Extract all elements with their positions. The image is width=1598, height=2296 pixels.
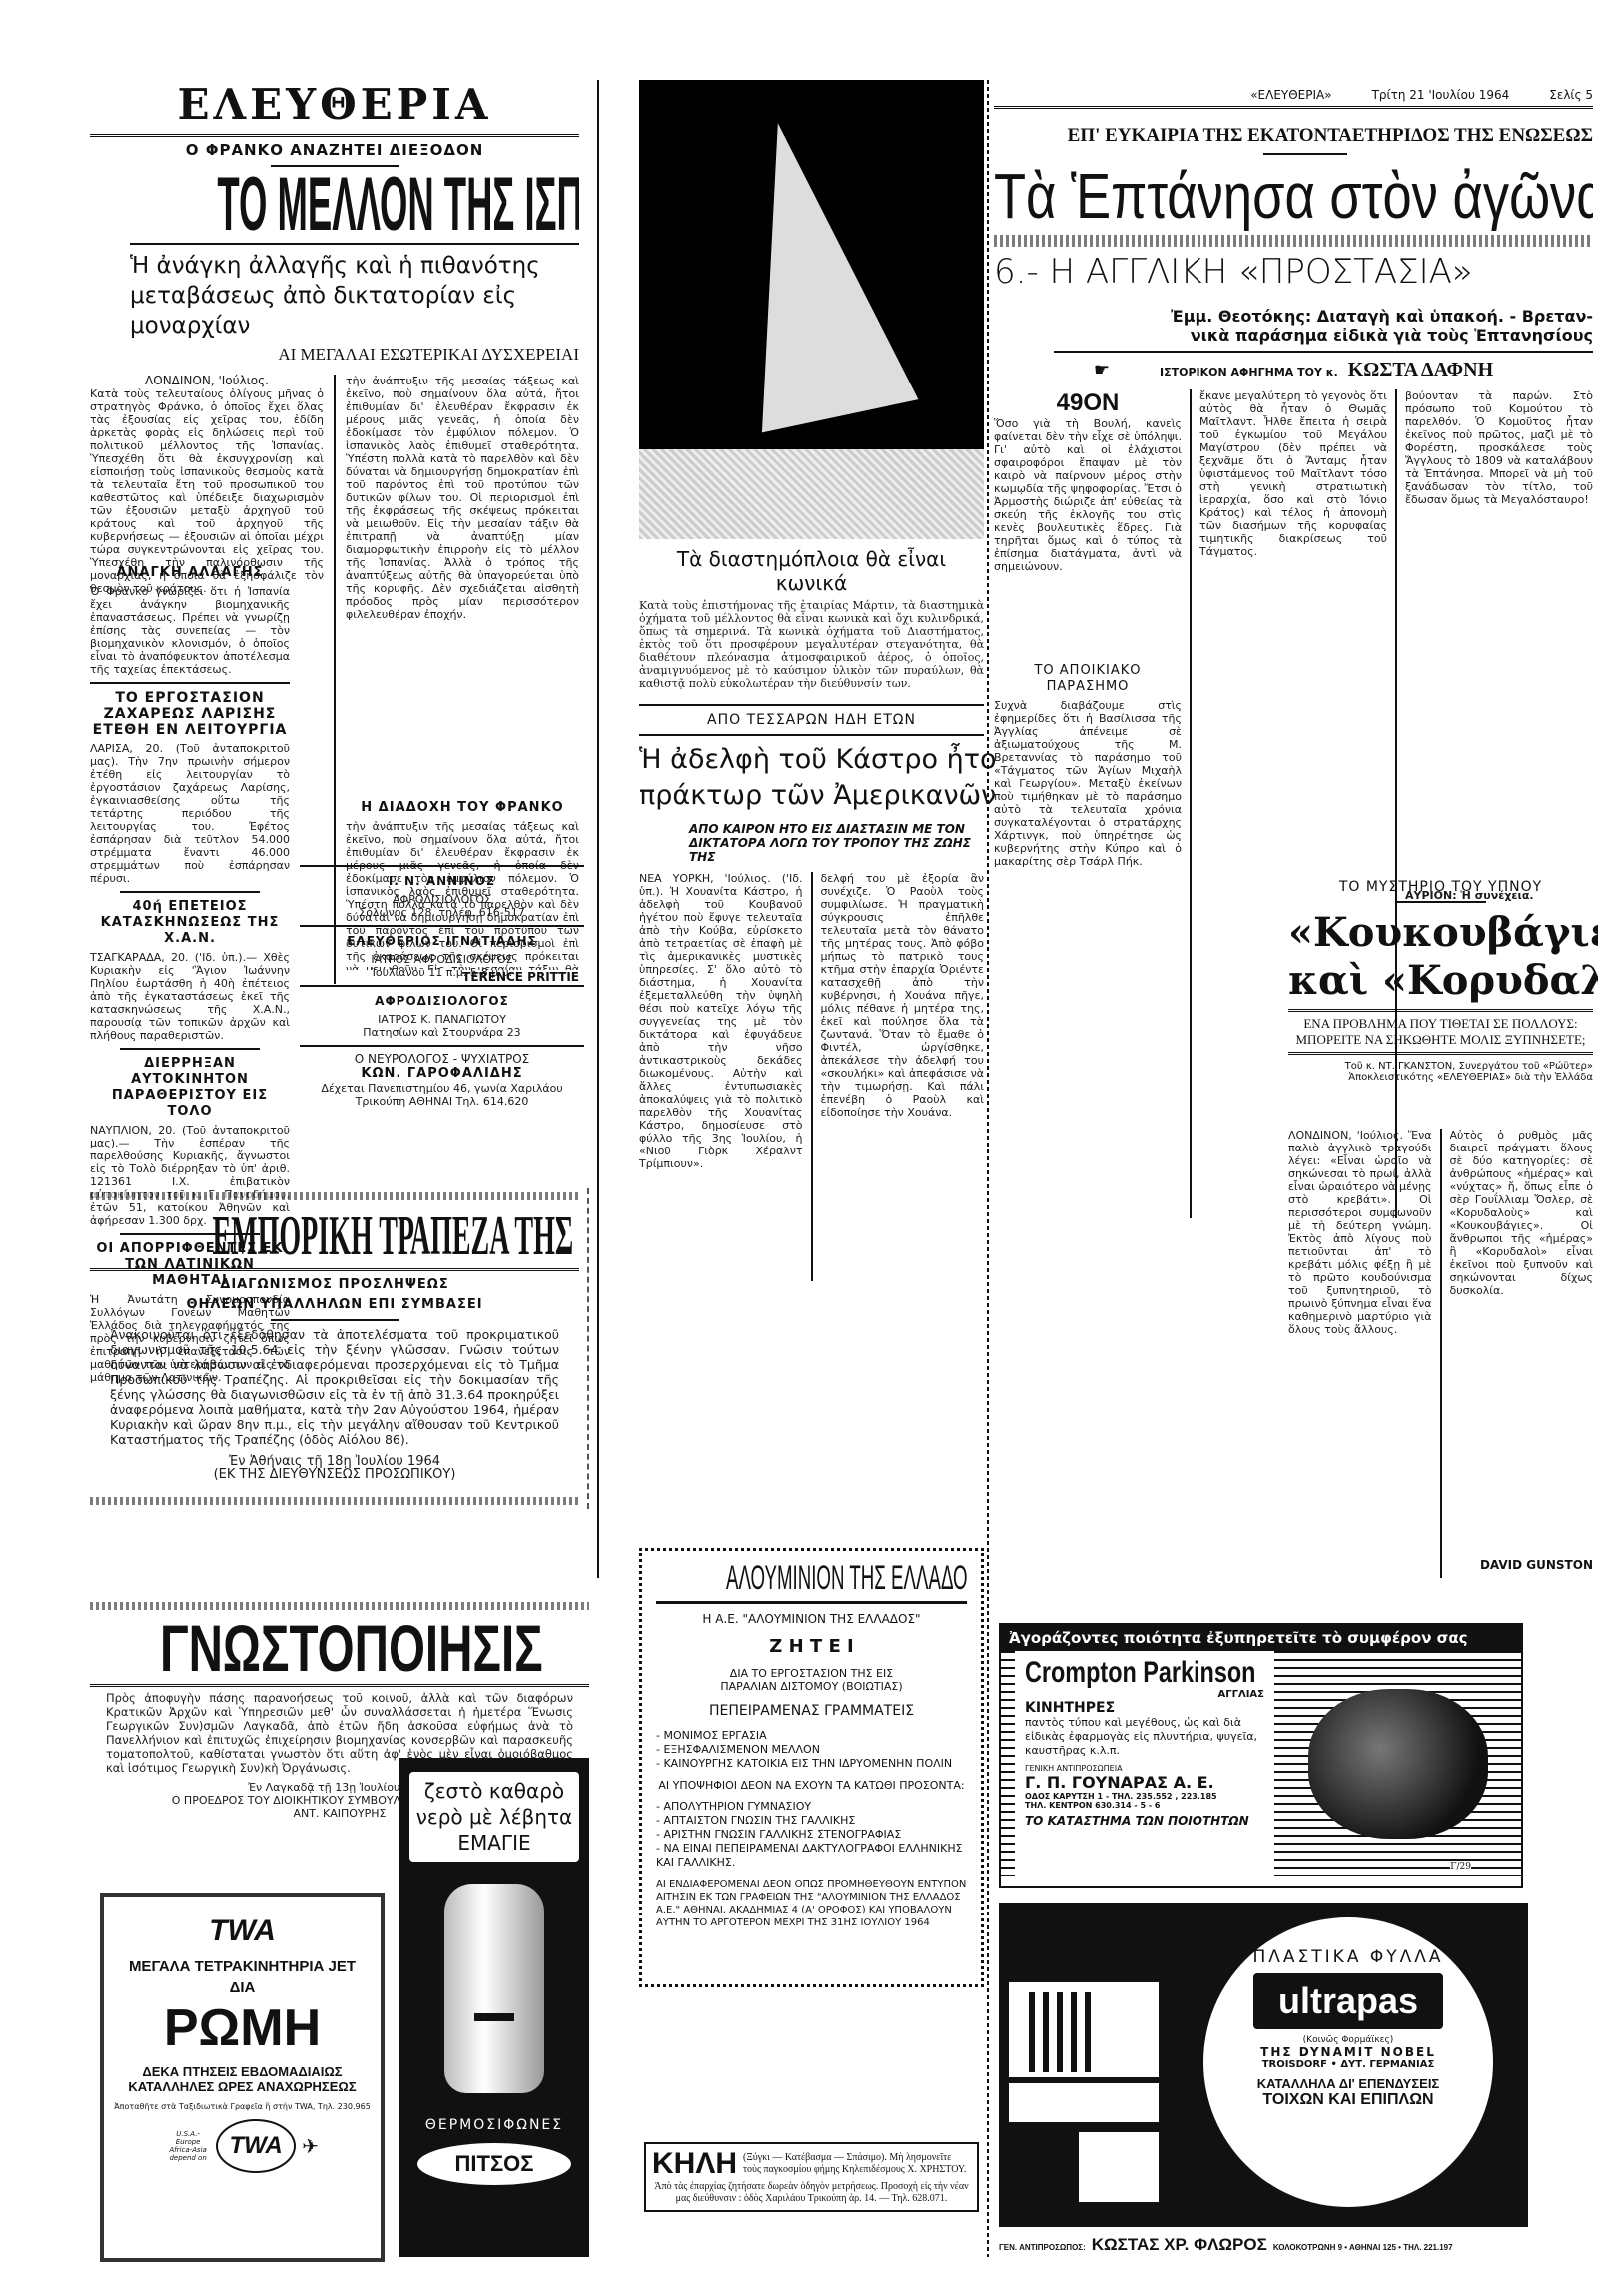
- aluminium-apply: ΑΙ ΕΝΔΙΑΦΕΡΟΜΕΝΑΙ ΔΕΟΝ ΟΠΩΣ ΠΡΟΜΗΘΕΥΘΟΥΝ…: [656, 1878, 967, 1929]
- chair-icon: [1079, 2132, 1159, 2202]
- divider: [639, 704, 984, 706]
- khli-ad: ΚΗΛΗ (Ξύγκι — Κατέβασμα — Σπάσιμο). Μὴ λ…: [644, 2142, 979, 2212]
- aluminium-requirements: - ΑΠΟΛΥΤΗΡΙΟΝ ΓΥΜΝΑΣΙΟΥ - ΑΠΤΑΙΣΤΟΝ ΓΝΩΣ…: [656, 1800, 967, 1870]
- twa-logo-text: TWA: [229, 2132, 282, 2160]
- ionian-body: 49ΟΝ Ὅσο γιὰ τὴ Βουλή, κανεὶς φαίνεται δ…: [994, 389, 1593, 1218]
- notice-rule: [90, 1684, 589, 1687]
- header-rule: [994, 106, 1593, 109]
- divider: [1054, 351, 1593, 353]
- castro-text-col1: ΝΕΑ ΥΟΡΚΗ, 'Ιούλιος. ('Ιδ. ὑπ.). Ἡ Χουαν…: [639, 872, 803, 1281]
- spain-dateline: ΛΟΝΔΙΝΟΝ, 'Ιούλιος.: [90, 375, 324, 387]
- spain-kicker: Ο ΦΡΑΝΚΟ ΑΝΑΖΗΤΕΙ ΔΙΕΞΟΔΟΝ: [90, 141, 579, 159]
- column-divider: [597, 80, 599, 1578]
- ultrapas-circle: ΠΛΑΣΤΙΚΑ ΦΥΛΛΑ ultrapas (Κοινῶς Φορμάϊκε…: [1203, 1917, 1493, 2207]
- divider: [1288, 1052, 1593, 1055]
- aluminium-title: ΑΛΟΥΜΙΝΙΟΝ ΤΗΣ ΕΛΛΑΔΟΣ Α.Ε.: [656, 1561, 967, 1595]
- crompton-desc: παντὸς τύπου καὶ μεγέθους, ὡς καὶ διὰ εἰ…: [1025, 1716, 1264, 1758]
- wavy-rule: [994, 235, 1593, 247]
- crompton-origin: ΑΓΓΛΙΑΣ: [1025, 1689, 1264, 1700]
- ultrapas-ad: ΠΛΑΣΤΙΚΑ ΦΥΛΛΑ ultrapas (Κοινῶς Φορμάϊκε…: [999, 1903, 1528, 2227]
- spain-deck: ΑΙ ΜΕΓΑΛΑΙ ΕΣΩΤΕΡΙΚΑΙ ΔΥΣΧΕΡΕΙΑΙ: [90, 345, 579, 365]
- brief-head-xan: 40ή ΕΠΕΤΕΙΟΣ ΚΑΤΑΣΚΗΝΩΣΕΩΣ ΤΗΣ Χ.Α.Ν.: [90, 899, 290, 947]
- ultrapas-brand: ultrapas: [1253, 1973, 1443, 2029]
- ultrapas-maker: ΤΗΣ DYNAMIT NOBEL: [1203, 2045, 1493, 2059]
- brief-head-tolo: ΔΙΕΡΡΗΞΑΝ ΑΥΤΟΚΙΝΗΤΟΝ ΠΑΡΑΘΕΡΙΣΤΟΥ ΕΙΣ Τ…: [90, 1056, 290, 1120]
- header-line: «ΕΛΕΥΘΕΡΙΑ» Τρίτη 21 'Ιουλίου 1964 Σελίς…: [994, 88, 1593, 102]
- khli-line1: (Ξύγκι — Κατέβασμα — Σπάσιμο). Μὴ λησμον…: [743, 2152, 971, 2176]
- divider: [1288, 1009, 1593, 1012]
- ultrapas-agent-line: ΓΕΝ. ΑΝΤΙΠΡΟΣΩΠΟΣ: ΚΩΣΤΑΣ ΧΡ. ΦΛΩΡΟΣ ΚΟΛ…: [999, 2235, 1528, 2255]
- bank-subtitle-2: ΘΗΛΕΩΝ ΥΠΑΛΛΗΛΩΝ ΕΠΙ ΣΥΜΒΑΣΕΙ: [90, 1297, 579, 1313]
- doctor-info: Σόλωνος 128, τηλέφ. 616-517: [300, 906, 584, 919]
- castro-body: ΝΕΑ ΥΟΡΚΗ, 'Ιούλιος. ('Ιδ. ὑπ.). Ἡ Χουαν…: [639, 872, 984, 1281]
- photo-caption-title: Τὰ διαστημόπλοια θὰ εἶναι κωνικά: [639, 547, 984, 595]
- column-divider: [1395, 389, 1397, 1218]
- masthead-rule: [90, 134, 579, 137]
- castro-kicker: ΑΠΟ ΤΕΣΣΑΡΩΝ ΗΔΗ ΕΤΩΝ: [639, 712, 984, 728]
- ionian-headline: Τὰ Ἑπτάνησα στὸν ἀγῶνα: [994, 161, 1593, 231]
- newspaper-page: ΕΛΕΥΘΕΡΙΑ Ο ΦΡΑΝΚΟ ΑΝΑΖΗΤΕΙ ΔΙΕΞΟΔΟΝ ΤΟ …: [0, 0, 1598, 2296]
- twa-logo-group: U.S.A.-Europe Africa-Asia depend on TWA …: [112, 2119, 373, 2173]
- benefit-item: - ΚΑΙΝΟΥΡΓΗΣ ΚΑΤΟΙΚΙΑ ΕΙΣ ΤΗΝ ΙΔΡΥΟΜΕΝΗΝ…: [656, 1757, 967, 1771]
- wavy-rule: [90, 1602, 589, 1610]
- wavy-rule: [90, 1192, 579, 1200]
- crompton-banner: Ἀγοράζοντες ποιότητα ἐξυπηρετεῖτε τὸ συμ…: [1001, 1625, 1521, 1651]
- sleep-signoff: DAVID GUNSTON: [1450, 1558, 1594, 1572]
- divider: [120, 1048, 260, 1050]
- benefit-item: - ΕΞΗΣΦΑΛΙΣΜΕΝΟΝ ΜΕΛΛΟΝ: [656, 1743, 967, 1757]
- twa-globe-logo-icon: TWA: [216, 2119, 296, 2173]
- brief-text-sugar: ΛΑΡΙΣΑ, 20. (Τοῦ ἀνταποκριτοῦ μας). Τὴν …: [90, 742, 290, 885]
- divider: [1263, 153, 1347, 155]
- doctor-name: ΚΩΝ. ΓΑΡΟΦΑΛΙΔΗΣ: [300, 1066, 584, 1082]
- ultrapas-heading: ΠΛΑΣΤΙΚΑ ΦΥΛΛΑ: [1203, 1947, 1493, 1967]
- bank-ad: ΕΜΠΟΡΙΚΗ ΤΡΑΠΕΖΑ ΤΗΣ ΕΛΛΑΔΟΣ Α.Ε. ΔΙΑΓΩΝ…: [90, 1188, 589, 1509]
- crompton-code: Γ/29: [1450, 1862, 1471, 1872]
- brief-head-sugar: ΤΟ ΕΡΓΟΣΤΑΣΙΟΝ ΖΑΧΑΡΕΩΣ ΛΑΡΙΣΗΣ ΕΤΕΘΗ ΕΝ…: [90, 690, 290, 738]
- aluminium-for-1: ΔΙΑ ΤΟ ΕΡΓΟΣΤΑΣΙΟΝ ΤΗΣ ΕΙΣ: [656, 1667, 967, 1680]
- castro-headline-2: πράκτωρ τῶν Ἀμερικανῶν: [639, 778, 984, 814]
- aluminium-for-2: ΠΑΡΑΛΙΑΝ ΔΙΣΤΟΜΟΥ (ΒΟΙΩΤΙΑΣ): [656, 1680, 967, 1693]
- divider: [639, 734, 984, 736]
- crompton-text-block: Crompton Parkinson ΑΓΓΛΙΑΣ ΚΙΝΗΤΗΡΕΣ παν…: [1015, 1651, 1274, 1876]
- doctor-info: Πατησίων καὶ Στουρνάρα 23: [300, 1026, 584, 1039]
- bank-subtitle-1: ΔΙΑΓΩΝΙΣΜΟΣ ΠΡΟΣΛΗΨΕΩΣ: [90, 1277, 579, 1293]
- ionian-kicker: ΕΠ' ΕΥΚΑΙΡΙΑ ΤΗΣ ΕΚΑΤΟΝΤΑΕΤΗΡΙΔΟΣ ΤΗΣ ΕΝ…: [994, 125, 1593, 147]
- byline-label: ΙΣΤΟΡΙΚΟΝ ΑΦΗΓΗΜΑ ΤΟΥ κ.: [1160, 366, 1338, 379]
- castro-text-col2: δελφή του μὲ ἐξορία ἂν συνέχιζε. Ὁ Ραοὺλ…: [821, 872, 985, 1281]
- photo-ground: [639, 449, 984, 539]
- khli-line2: Ἀπὸ τὰς ἐπαρχίας ζητήσατε δωρεὰν ὁδηγὸν …: [652, 2181, 971, 2205]
- ionian-subhead-1: Ἐμμ. Θεοτόκης: Διαταγὴ καὶ ὑπακοή. - Βρε…: [994, 307, 1593, 326]
- ionian-text-col3: βούονταν τὰ παρών. Στὸ πρόσωπο τοῦ Κομού…: [1405, 389, 1593, 889]
- twa-line1: ΜΕΓΑΛΑ ΤΕΤΡΑΚΙΝΗΤΗΡΙΑ JET: [112, 1958, 373, 1975]
- twa-contact: Ἀποταθῆτε στὰ Ταξιδιωτικὰ Γραφεῖα ἢ στὴν…: [112, 2102, 373, 2111]
- bank-title: ΕΜΠΟΡΙΚΗ ΤΡΑΠΕΖΑ ΤΗΣ ΕΛΛΑΔΟΣ Α.Ε.: [90, 1208, 579, 1264]
- column-divider: [1440, 1129, 1442, 1578]
- twa-tagline: U.S.A.-Europe Africa-Asia depend on: [166, 2130, 210, 2162]
- notice-title: ΓΝΩΣΤΟΠΟΙΗΣΙΣ: [90, 1616, 589, 1680]
- brief-text-xan: ΤΣΑΓΚΑΡΑΔΑ, 20. ('Ιδ. ὑπ.).— Χθὲς Κυριακ…: [90, 951, 290, 1042]
- divider: [656, 1601, 967, 1604]
- divider: [120, 891, 260, 893]
- crompton-content: Crompton Parkinson ΑΓΓΛΙΑΣ ΚΙΝΗΤΗΡΕΣ παν…: [1001, 1651, 1521, 1876]
- ionian-headline-text: Τὰ Ἑπτάνησα στὸν ἀγῶνα: [994, 161, 1485, 231]
- water-heater-icon: [444, 1884, 544, 2093]
- photo-caption-text: Κατὰ τοὺς ἐπιστήμονας τῆς ἑταιρίας Μάρτι…: [639, 599, 984, 690]
- header-date: Τρίτη 21 'Ιουλίου 1964: [1372, 88, 1510, 102]
- aluminium-req-heading: ΑΙ ΥΠΟΨΗΦΙΟΙ ΔΕΟΝ ΝΑ ΕΧΟΥΝ ΤΑ ΚΑΤΩΘΙ ΠΡΟ…: [656, 1779, 967, 1792]
- spain-headline: ΤΟ ΜΕΛΛΟΝ ΤΗΣ ΙΣΠΑΝΙΑΣ: [90, 173, 579, 237]
- divider: [300, 985, 584, 987]
- dashed-column-divider: [987, 80, 989, 2257]
- heater-slogan: ζεστὸ καθαρὸ νερὸ μὲ λέβητα ΕΜΑΓΙΕ: [409, 1772, 579, 1862]
- ionian-section-head: ΤΟ ΑΠΟΙΚΙΑΚΟ ΠΑΡΑΣΗΜΟ: [994, 663, 1182, 695]
- bank-department: (ΕΚ ΤΗΣ ΔΙΕΥΘΥΝΣΕΩΣ ΠΡΟΣΩΠΙΚΟΥ): [90, 1468, 579, 1481]
- doctor-title: Ο ΝΕΥΡΟΛΟΓΟΣ - ΨΥΧΙΑΤΡΟΣ: [300, 1053, 584, 1066]
- twa-city: ΡΩΜΗ: [112, 2000, 373, 2056]
- ionian-chapter: 6.- Η ΑΓΓΛΙΚΗ «ΠΡΟΣΤΑΣΙΑ»: [994, 251, 1593, 293]
- twa-line4: ΚΑΤΑΛΛΗΛΕΣ ΩΡΕΣ ΑΝΑΧΩΡΗΣΕΩΣ: [112, 2079, 373, 2094]
- divider: [300, 925, 584, 927]
- sleep-deck-2: ΜΠΟΡΕΙΤΕ ΝΑ ΣΗΚΩΘΗΤΕ ΜΟΛΙΣ ΞΥΠΝΗΣΕΤΕ;: [1288, 1032, 1593, 1048]
- aluminium-company: Η Α.Ε. "ΑΛΟΥΜΙΝΙΟΝ ΤΗΣ ΕΛΛΑΔΟΣ": [656, 1612, 967, 1626]
- sleep-text-col2: Αὐτὸς ὁ ρυθμὸς μᾶς διαιρεῖ πράγματι ὅλου…: [1450, 1129, 1594, 1558]
- twa-brand-top: TWA: [112, 1914, 373, 1948]
- castro-headline-1: Ἡ ἀδελφὴ τοῦ Κάστρο ἦτο: [639, 742, 984, 778]
- aluminium-seeks: Ζ Η Τ Ε Ι: [656, 1636, 967, 1657]
- subhead-rule: [130, 243, 579, 245]
- divider: [1395, 901, 1487, 903]
- center-column: Τὰ διαστημόπλοια θὰ εἶναι κωνικά Κατὰ το…: [639, 80, 984, 1281]
- ultrapas-use-2: ΤΟΙΧΩΝ ΚΑΙ ΕΠΙΠΛΩΝ: [1203, 2091, 1493, 2109]
- spain-subhead: Ἡ ἀνάγκη ἀλλαγῆς καὶ ἡ πιθανότης μεταβάσ…: [90, 251, 579, 341]
- doctor-title: ΙΑΤΡΟΣ Κ. ΠΑΝΑΓΙΩΤΟΥ: [300, 1013, 584, 1026]
- brief-head-need: ΑΝΑΓΚΗ ΑΛΛΑΓΗΣ: [90, 565, 290, 581]
- crompton-phone: ΤΗΛ. ΚΕΝΤΡΟΝ 630.314 - 5 - 6: [1025, 1801, 1264, 1810]
- divider: [271, 1319, 398, 1321]
- requirement-item: - ΑΠΟΛΥΤΗΡΙΟΝ ΓΥΜΝΑΣΙΟΥ: [656, 1800, 967, 1814]
- crompton-product: ΚΙΝΗΤΗΡΕΣ: [1025, 1700, 1264, 1716]
- divider: [90, 682, 290, 684]
- sleep-article: ΤΟ ΜΥΣΤΗΡΙΟ ΤΟΥ ΥΠΝΟΥ «Κουκουβάγιες» καὶ…: [1288, 879, 1593, 1083]
- requirement-item: - ΝΑ ΕΙΝΑΙ ΠΕΠΕΙΡΑΜΕΝΑΙ ΔΑΚΤΥΛΟΓΡΑΦΟΙ ΕΛ…: [656, 1842, 967, 1870]
- bank-body: Ἀνακοινοῦται ὅτι ἐξεδόθησαν τὰ ἀποτελέσμ…: [90, 1327, 579, 1447]
- airplane-icon: ✈: [302, 2134, 319, 2158]
- aluminium-position: ΠΕΠΕΙΡΑΜΕΝΑΣ ΓΡΑΜΜΑΤΕΙΣ: [656, 1703, 967, 1719]
- doctors-listing-left: Ι. Ν. ΑΝΝΙΝΟΣ ΑΦΡΟΔΙΣΙΟΛΟΓΟΣ Σόλωνος 128…: [300, 859, 584, 1108]
- heater-product: ΘΕΡΜΟΣΙΦΩΝΕΣ: [409, 2117, 579, 2133]
- khli-brand: ΚΗΛΗ: [652, 2149, 737, 2179]
- agent-address: ΚΟΛΟΚΟΤΡΩΝΗ 9 • ΑΘΗΝΑΙ 125 • ΤΗΛ. 221.19…: [1273, 2243, 1453, 2252]
- requirement-item: - ΑΡΙΣΤΗΝ ΓΝΩΣΙΝ ΓΑΛΛΙΚΗΣ ΣΤΕΝΟΓΡΑΦΙΑΣ: [656, 1828, 967, 1842]
- ionian-text-col1b: Συχνὰ διαβάζουμε στὶς ἐφημερίδες ὅτι ἡ Β…: [994, 699, 1182, 1218]
- electric-motor-icon: Γ/29: [1274, 1651, 1521, 1876]
- agent-label: ΓΕΝ. ΑΝΤΙΠΡΟΣΩΠΟΣ:: [999, 2243, 1086, 2252]
- spain-text-col2: τὴν ἀνάπτυξιν τῆς μεσαίας τάξεως καὶ ἐκε…: [346, 375, 579, 794]
- kicker-rule: [271, 165, 398, 167]
- doctor-name: Ι. Ν. ΑΝΝΙΝΟΣ: [300, 873, 584, 889]
- franco-succession-head: Η ΔΙΑΔΟΧΗ ΤΟΥ ΦΡΑΝΚΟ: [346, 800, 579, 816]
- ultrapas-aka: (Κοινῶς Φορμάϊκες): [1203, 2035, 1493, 2045]
- sleep-byline: Τοῦ κ. ΝΤ. ΓΚΑΝΣΤΟΝ, Συνεργάτου τοῦ «Ρώϋ…: [1288, 1061, 1593, 1072]
- column-divider: [811, 872, 813, 1281]
- ionian-text-col1: Ὅσο γιὰ τὴ Βουλή, κανεὶς φαίνεται δὲν τὴ…: [994, 417, 1182, 657]
- agent-name: ΚΩΣΤΑΣ ΧΡ. ΦΛΩΡΟΣ: [1092, 2235, 1267, 2255]
- twa-line3: ΔΕΚΑ ΠΤΗΣΕΙΣ ΕΒΔΟΜΑΔΙΑΙΩΣ: [112, 2064, 373, 2079]
- twa-line2: ΔΙΑ: [112, 1979, 373, 1996]
- header-paper: «ΕΛΕΥΘΕΡΙΑ»: [1250, 88, 1331, 102]
- khli-top: ΚΗΛΗ (Ξύγκι — Κατέβασμα — Σπάσιμο). Μὴ λ…: [652, 2149, 971, 2179]
- column-divider: [1190, 389, 1192, 1218]
- doctor-info: Δέχεται Πανεπιστημίου 46, γωνία Χαριλάου…: [300, 1082, 584, 1108]
- doctor-name: ΑΦΡΟΔΙΣΙΟΛΟΓΟΣ: [300, 993, 584, 1009]
- doctor-title: ΙΑΤΡΟΣ ΑΦΡΟΔΙΣΙΟΛΟΓΟΣ: [300, 953, 584, 966]
- installment-number: 49ΟΝ: [994, 389, 1182, 417]
- ionian-text-col2: ἔκανε μεγαλύτερη τὸ γεγονὸς ὅτι αὐτὸς θὰ…: [1199, 389, 1387, 919]
- doctor-name: ΕΛΕΥΘΕΡΙΟΣ ΙΓΝΑΤΙΑΔΗΣ: [300, 933, 584, 949]
- ultrapas-use-1: ΚΑΤΑΛΛΗΛΑ ΔΙ' ΕΠΕΝΔΥΣΕΙΣ: [1203, 2076, 1493, 2091]
- crompton-agency: Γ. Π. ΓΟΥΝΑΡΑΣ Α. Ε.: [1025, 1773, 1264, 1792]
- requirement-item: - ΑΠΤΑΙΣΤΟΝ ΓΝΩΣΙΝ ΤΗΣ ΓΑΛΛΙΚΗΣ: [656, 1814, 967, 1828]
- aluminium-ad: ΑΛΟΥΜΙΝΙΟΝ ΤΗΣ ΕΛΛΑΔΟΣ Α.Ε. Η Α.Ε. "ΑΛΟΥ…: [639, 1548, 984, 1987]
- sleep-exclusive: Ἀποκλειστικότης «ΕΛΕΥΘΕΡΙΑΣ» διὰ τὴν Ἑλλ…: [1288, 1072, 1593, 1083]
- ionian-subhead-2: νικὰ παράσημα εἰδικὰ γιὰ τοὺς Ἑπτανησίου…: [994, 326, 1593, 345]
- header-page: Σελίς 5: [1549, 88, 1593, 102]
- twa-ad: TWA ΜΕΓΑΛΑ ΤΕΤΡΑΚΙΝΗΤΗΡΙΑ JET ΔΙΑ ΡΩΜΗ Δ…: [100, 1893, 385, 2262]
- crompton-agency-label: ΓΕΝΙΚΗ ΑΝΤΙΠΡΟΣΩΠΕΙΑ: [1025, 1764, 1264, 1773]
- sleep-headline-1: «Κουκουβάγιες»: [1288, 909, 1593, 957]
- doctor-info: Ἰουλιανοῦ 11 π.μ. 5-8 μ.μ.: [300, 966, 584, 979]
- brief-text-need: Ὁ Φράνκο γνωρίζει ὅτι ἡ Ἱσπανία ἔχει ἀνά…: [90, 585, 290, 676]
- spaceship-photo: [639, 80, 984, 539]
- castro-deck: ΑΠΟ ΚΑΙΡΟΝ ΗΤΟ ΕΙΣ ΔΙΑΣΤΑΣΙΝ ΜΕ ΤΟΝ ΔΙΚΤ…: [639, 822, 984, 864]
- sleep-body: ΛΟΝΔΙΝΟΝ, 'Ιούλιος. Ἕνα παλιὸ ἀγγλικὸ τρ…: [1288, 1129, 1593, 1578]
- byline-author: ΚΩΣΤΑ ΔΑΦΝΗ: [1348, 359, 1493, 382]
- sleep-deck-1: ΕΝΑ ΠΡΟΒΛΗΜΑ ΠΟΥ ΤΙΘΕΤΑΙ ΣΕ ΠΟΛΛΟΥΣ:: [1288, 1016, 1593, 1032]
- crompton-brand: Crompton Parkinson: [1025, 1657, 1211, 1689]
- pointing-hand-icon: ☛: [1094, 360, 1110, 381]
- heater-ad: ζεστὸ καθαρὸ νερὸ μὲ λέβητα ΕΜΑΓΙΕ ΘΕΡΜΟ…: [399, 1758, 589, 2257]
- bank-rule: [90, 1268, 579, 1271]
- divider: [300, 1045, 584, 1047]
- crompton-address: ΟΔΟΣ ΚΑΡΥΤΣΗ 1 - ΤΗΛ. 235.552 , 223.185: [1025, 1792, 1264, 1801]
- crompton-ad: Ἀγοράζοντες ποιότητα ἐξυπηρετεῖτε τὸ συμ…: [999, 1623, 1523, 1888]
- benefit-item: - ΜΟΝΙΜΟΣ ΕΡΓΑΣΙΑ: [656, 1729, 967, 1743]
- ultrapas-origin: TROISDORF • ΔΥΤ. ΓΕΡΜΑΝΙΑΣ: [1203, 2059, 1493, 2070]
- aluminium-benefits: - ΜΟΝΙΜΟΣ ΕΡΓΑΣΙΑ - ΕΞΗΣΦΑΛΙΣΜΕΝΟΝ ΜΕΛΛΟ…: [656, 1729, 967, 1771]
- doctor-title: ΑΦΡΟΔΙΣΙΟΛΟΓΟΣ: [300, 893, 584, 906]
- ionian-byline: ☛ ΙΣΤΟΡΙΚΟΝ ΑΦΗΓΗΜΑ ΤΟΥ κ. ΚΩΣΤΑ ΔΑΦΝΗ: [994, 359, 1593, 382]
- cone-spacecraft-icon: [700, 107, 919, 433]
- wavy-rule: [90, 1497, 579, 1505]
- sleep-headline-2: καὶ «Κορυδαλοὶ»: [1288, 957, 1593, 1005]
- sleep-text-col1: ΛΟΝΔΙΝΟΝ, 'Ιούλιος. Ἕνα παλιὸ ἀγγλικὸ τρ…: [1288, 1129, 1432, 1578]
- crompton-slogan: ΤΟ ΚΑΤΑΣΤΗΜΑ ΤΩΝ ΠΟΙΟΤΗΤΩΝ: [1025, 1814, 1264, 1828]
- running-header: «ΕΛΕΥΘΕΡΙΑ» Τρίτη 21 'Ιουλίου 1964 Σελίς…: [994, 88, 1593, 113]
- masthead-title: ΕΛΕΥΘΕΡΙΑ: [90, 80, 579, 130]
- sleep-kicker: ΤΟ ΜΥΣΤΗΡΙΟ ΤΟΥ ΥΠΝΟΥ: [1288, 879, 1593, 895]
- divider: [300, 865, 584, 867]
- heater-brand: ΠΙΤΣΟΣ: [417, 2143, 571, 2185]
- furniture-illustration-icon: [1009, 1982, 1159, 2122]
